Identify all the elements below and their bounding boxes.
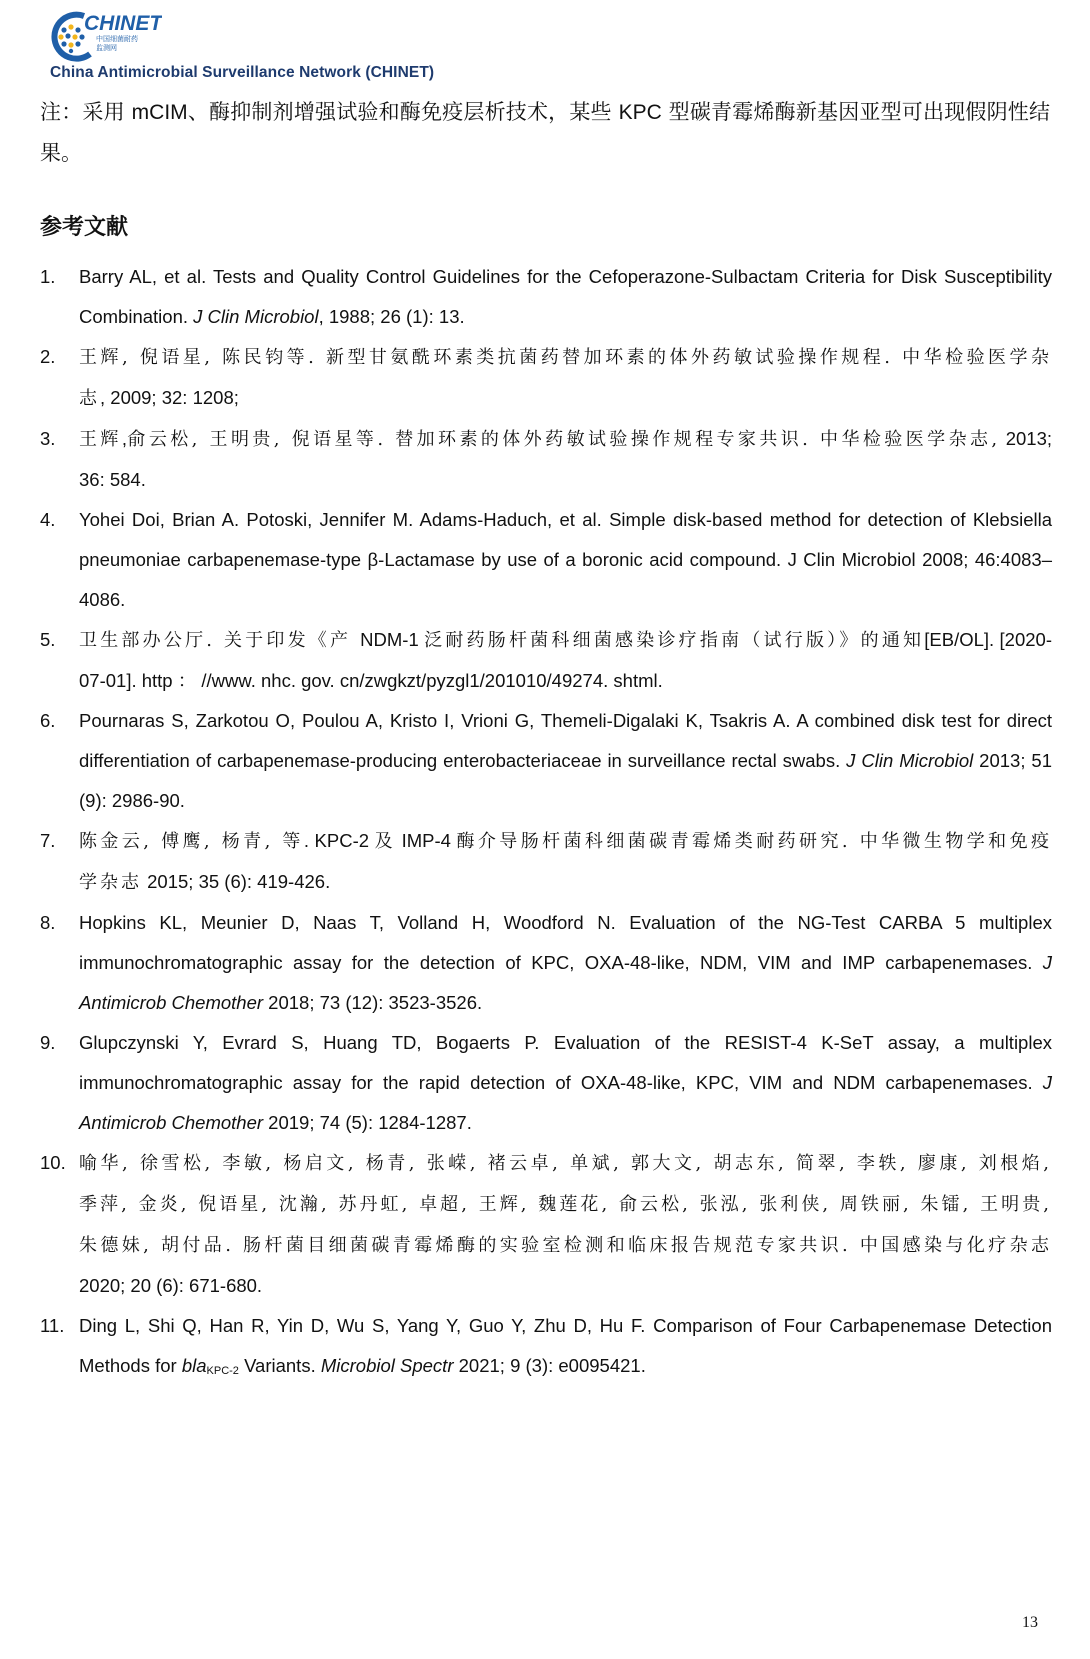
reference-text: 2018; 73 (12): 3523-3526. [263,992,482,1013]
reference-item: 6.Pournaras S, Zarkotou O, Poulou A, Kri… [40,701,1052,821]
reference-text: 及 [375,831,396,852]
reference-text: J Clin Microbiol [193,306,318,327]
reference-text: J Clin Microbiol [846,750,973,771]
reference-number: 5. [40,620,55,660]
reference-number: 9. [40,1023,55,1063]
reference-item: 3.王辉,俞云松, 王明贵, 倪语星等. 替加环素的体外药敏试验操作规程专家共识… [40,419,1052,500]
reference-number: 2. [40,337,55,377]
reference-text: 王辉 [79,429,122,450]
reference-text: Microbiol Spectr [321,1355,454,1376]
svg-text:中国细菌耐药: 中国细菌耐药 [96,34,138,43]
reference-text: , 1988; 26 (1): 13. [319,306,465,327]
reference-number: 4. [40,500,55,540]
references-heading: 参考文献 [40,210,128,241]
reference-text: 2021; 9 (3): e0095421. [454,1355,646,1376]
reference-text: KPC-2 [207,1365,239,1377]
reference-number: 8. [40,903,55,943]
reference-number: 6. [40,701,55,741]
reference-item: 9.Glupczynski Y, Evrard S, Huang TD, Bog… [40,1023,1052,1143]
reference-item: 2.王辉, 倪语星, 陈民钧等. 新型甘氨酰环素类抗菌药替加环素的体外药敏试验操… [40,337,1052,419]
reference-text: 喻华, 徐雪松, 李敏, 杨启文, 杨青, 张嵘, 褚云卓, 单斌, 郭大文, … [79,1153,1052,1256]
references-list: 1.Barry AL, et al. Tests and Quality Con… [40,257,1052,1391]
reference-item: 4.Yohei Doi, Brian A. Potoski, Jennifer … [40,500,1052,620]
page-header: CHINET 中国细菌耐药 监测网 China Antimicrobial Su… [48,8,468,86]
reference-text: . KPC-2 [304,830,375,851]
chinet-logo-icon: CHINET 中国细菌耐药 监测网 [50,10,162,62]
reference-item: 5.卫生部办公厅. 关于印发《产 NDM-1 泛耐药肠杆菌科细菌感染诊疗指南（试… [40,620,1052,701]
reference-text: 泛耐药肠杆菌科细菌感染诊疗指南（试行版）》的通知 [424,630,924,651]
reference-text: 2020; 20 (6): 671-680. [79,1275,262,1296]
reference-item: 11.Ding L, Shi Q, Han R, Yin D, Wu S, Ya… [40,1306,1052,1391]
reference-number: 7. [40,821,55,861]
reference-item: 8.Hopkins KL, Meunier D, Naas T, Volland… [40,903,1052,1023]
note-paragraph: 注：采用 mCIM、酶抑制剂增强试验和酶免疫层析技术，某些 KPC 型碳青霉烯酶… [40,92,1050,174]
reference-number: 11. [40,1306,64,1346]
note-prefix: 注：采用 [40,100,132,124]
reference-number: 1. [40,257,55,297]
reference-text: 俞云松, 王明贵, 倪语星等. 替加环素的体外药敏试验操作规程专家共识. 中华检… [127,429,1000,450]
reference-text: IMP-4 [396,830,456,851]
reference-text: 2015; 35 (6): 419-426. [142,871,330,892]
reference-text: bla [182,1355,207,1376]
reference-item: 1.Barry AL, et al. Tests and Quality Con… [40,257,1052,337]
reference-text: NDM-1 [360,629,424,650]
svg-text:监测网: 监测网 [96,43,117,52]
reference-item: 10.喻华, 徐雪松, 李敏, 杨启文, 杨青, 张嵘, 褚云卓, 单斌, 郭大… [40,1143,1052,1306]
page-number: 13 [1022,1614,1038,1632]
note-mcim: mCIM [132,101,188,124]
reference-text: 卫生部办公厅. 关于印发《产 [79,630,360,651]
reference-text: 2019; 74 (5): 1284-1287. [263,1112,472,1133]
reference-item: 7.陈金云, 傅鹰, 杨青, 等. KPC-2 及 IMP-4 酶介导肠杆菌科细… [40,821,1052,903]
reference-number: 10. [40,1143,66,1183]
note-mid: 、酶抑制剂增强试验和酶免疫层析技术，某些 [188,100,619,124]
note-kpc: KPC [619,101,662,124]
reference-text: 陈金云, 傅鹰, 杨青, 等 [79,831,304,852]
svg-text:CHINET: CHINET [84,12,162,35]
header-title: China Antimicrobial Surveillance Network… [50,64,434,82]
reference-text: Glupczynski Y, Evrard S, Huang TD, Bogae… [79,1032,1052,1093]
reference-number: 3. [40,419,55,459]
reference-text: Hopkins KL, Meunier D, Naas T, Volland H… [79,912,1052,973]
reference-text: , 2009; 32: 1208; [100,387,239,408]
reference-text: Variants. [239,1355,321,1376]
reference-text: Yohei Doi, Brian A. Potoski, Jennifer M.… [79,509,1052,610]
